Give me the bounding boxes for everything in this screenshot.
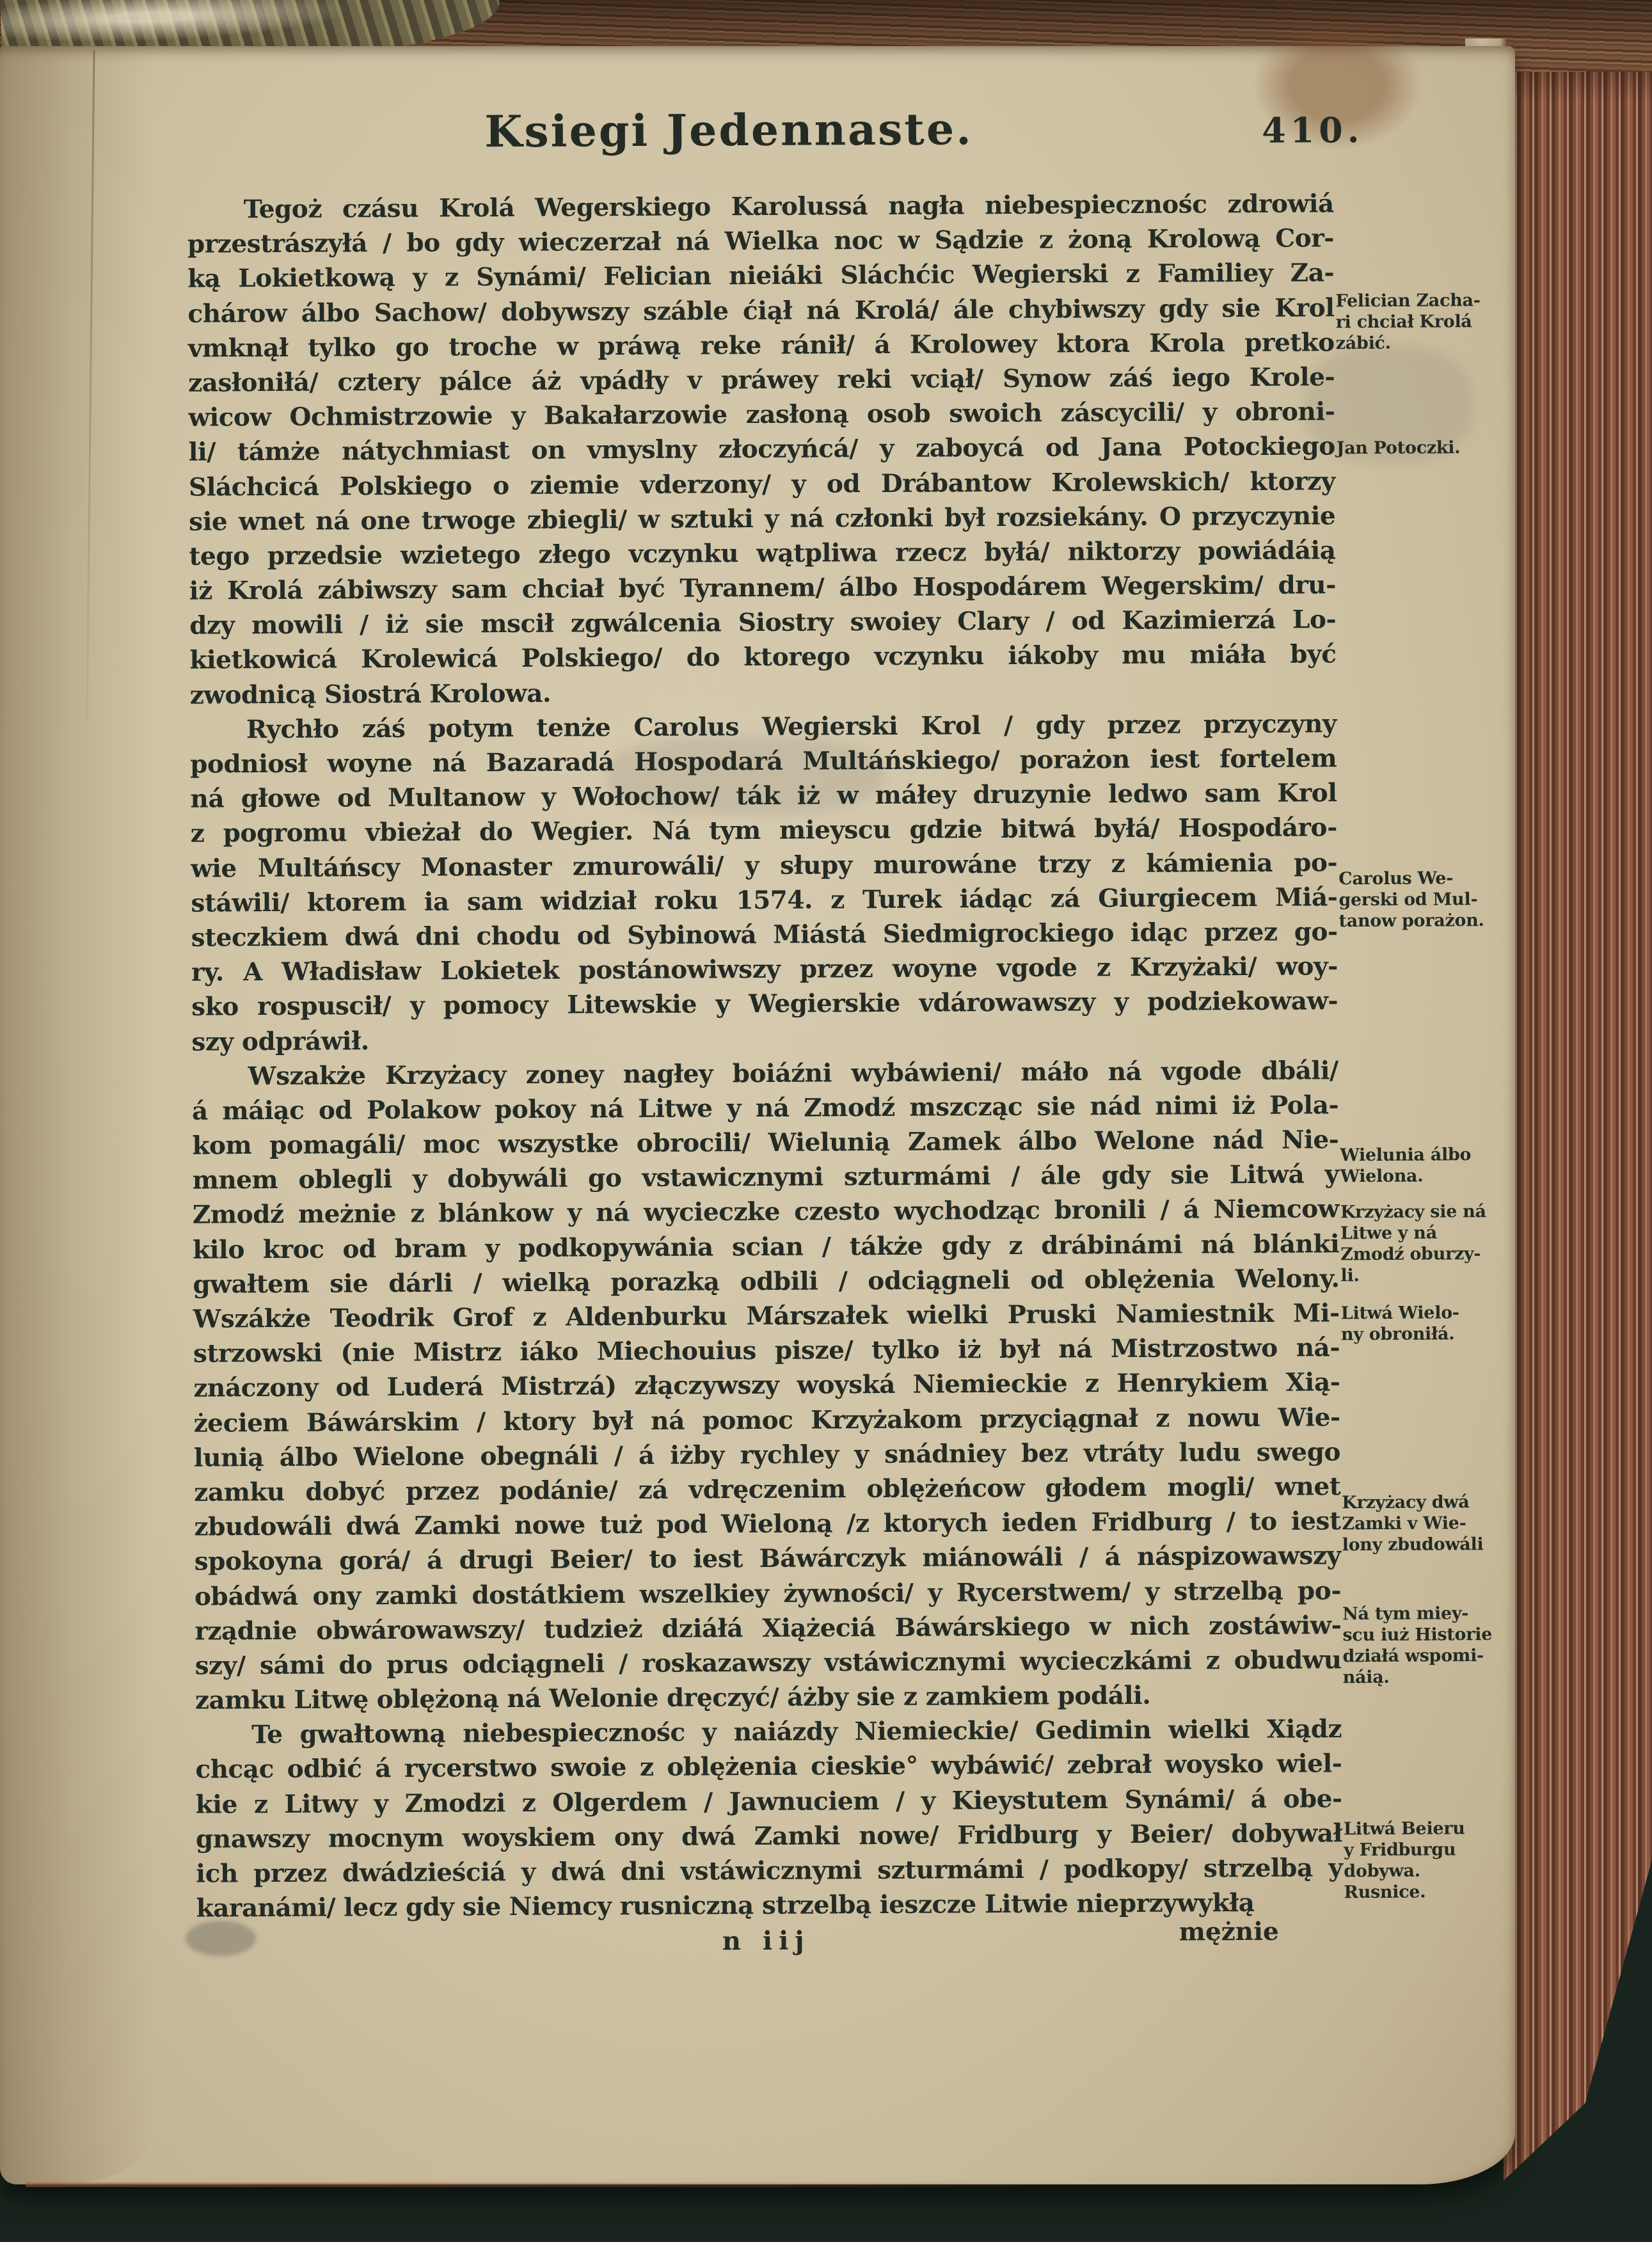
- body-line: mnem oblegli y dobywáli go vstawicznymi …: [192, 1157, 1338, 1198]
- printed-content: Ksiegi Jedennaste. 410. Tegoż czásu Krol…: [0, 42, 1522, 2188]
- body-line: zbudowáli dwá Zamki nowe tuż pod Wieloną…: [194, 1504, 1340, 1545]
- body-line: dzy mowili / iż sie mscił zgwálcenia Sio…: [189, 603, 1336, 644]
- body-line: kietkowicá Krolewicá Polskiego/ do ktore…: [189, 637, 1336, 678]
- body-line: spokoyna gorá/ á drugi Beier/ to iest Bá…: [195, 1539, 1341, 1580]
- body-line: wicow Ochmistrzowie y Bakałarzowie zasło…: [188, 394, 1335, 435]
- book-fore-edge-pages: [1504, 0, 1652, 2214]
- body-line: Wszákże Teodrik Grof z Aldenburku Mársza…: [193, 1296, 1340, 1337]
- body-line: żeciem Báwárskim / ktory był ná pomoc Kr…: [193, 1400, 1340, 1441]
- body-line: ry. A Władisław Lokietek postánowiwszy p…: [191, 949, 1338, 990]
- margin-note: Carolus We-gerski od Mul-tanow porażon.: [1338, 868, 1498, 932]
- margin-note: Litwá Wielo-ny obroniłá.: [1341, 1303, 1500, 1346]
- body-line: Te gwałtowną niebespiecznośc y naiázdy N…: [195, 1712, 1342, 1753]
- body-line: Sláchcicá Polskiego o ziemie vderzony/ y…: [189, 464, 1335, 505]
- body-line: zamku dobyć przez podánie/ zá vdręczenim…: [194, 1469, 1340, 1510]
- body-line: á máiąc od Polakow pokoy ná Litwe y ná Z…: [192, 1088, 1338, 1129]
- body-line: stáwili/ ktorem ia sam widział roku 1574…: [191, 880, 1337, 921]
- body-line: strzowski (nie Mistrz iáko Miechouius pi…: [193, 1330, 1340, 1371]
- body-line: znáczony od Luderá Mistrzá) złączywszy w…: [193, 1365, 1340, 1406]
- body-line: chcąc odbić á rycerstwo swoie z oblężeni…: [195, 1747, 1342, 1788]
- body-line: rządnie obwárowawszy/ tudzież dziáłá Xią…: [195, 1608, 1341, 1649]
- margin-note: Ná tym miey-scu iuż Historiedziałá wspom…: [1342, 1603, 1502, 1689]
- body-line: szy odpráwił.: [191, 1019, 1338, 1060]
- signature-mark: n iij: [722, 1926, 811, 1957]
- margin-note: Jan Potoczki.: [1337, 438, 1495, 459]
- margin-note: Krzyżacy dwáZamki v Wie-lony zbudowáli: [1342, 1492, 1501, 1556]
- body-line: sko rospuscił/ y pomocy Litewskie y Wegi…: [191, 984, 1338, 1025]
- body-line: gwałtem sie dárli / wielką porazką odbil…: [193, 1261, 1339, 1302]
- book-page: Ksiegi Jedennaste. 410. Tegoż czásu Krol…: [0, 46, 1515, 2184]
- body-line: ná głowe od Multanow y Wołochow/ ták iż …: [190, 775, 1337, 816]
- body-line: kilo kroc od bram y podkopywánia scian /…: [193, 1227, 1339, 1268]
- body-line: Tegoż czásu Krolá Wegerskiego Karolussá …: [187, 186, 1334, 227]
- body-line: gnawszy mocnym woyskiem ony dwá Zamki no…: [196, 1816, 1342, 1857]
- body-line: tego przedsie wzietego złego vczynku wąt…: [189, 533, 1335, 574]
- margin-note: Litwá Beieruy Fridburgudobywa.Rusnice.: [1344, 1818, 1503, 1904]
- body-line: wie Multáńscy Monaster zmurowáli/ y słup…: [191, 845, 1337, 886]
- body-line: iż Krolá zábiwszy sam chciał być Tyranne…: [189, 568, 1336, 608]
- body-line: zasłoniłá/ cztery pálce áż vpádły v práw…: [188, 360, 1335, 401]
- body-line: zamku Litwę oblężoną ná Welonie dręczyć/…: [195, 1677, 1342, 1718]
- body-line: zwodnicą Siostrá Krolowa.: [190, 672, 1337, 713]
- body-line: z pogromu vbieżał do Wegier. Ná tym miey…: [191, 811, 1337, 852]
- margin-note: Krzyżacy sie náLitwe y náZmodź oburzy-li…: [1340, 1202, 1500, 1287]
- body-line: szy/ sámi do prus odciągneli / roskazaws…: [195, 1642, 1341, 1683]
- body-line: lunią álbo Wielone obegnáli / á iżby ryc…: [194, 1435, 1340, 1475]
- body-line: ich przez dwádzieściá y dwá dni vstáwicz…: [196, 1850, 1342, 1891]
- catchword: mężnie: [1119, 1917, 1279, 1947]
- scanned-book-photo: Ksiegi Jedennaste. 410. Tegoż czásu Krol…: [0, 0, 1652, 2242]
- body-line: kie z Litwy y Zmodzi z Olgerdem / Jawnuc…: [196, 1781, 1342, 1822]
- body-line: ką Lokietkową y z Synámi/ Felician nieiá…: [187, 256, 1334, 297]
- body-line: przestrászyłá / bo gdy wieczerzał ná Wie…: [187, 221, 1334, 262]
- body-line: Rychło záś potym tenże Carolus Wegierski…: [190, 706, 1337, 747]
- body-line: vmknął tylko go troche w práwą reke ráni…: [188, 325, 1335, 366]
- body-line: obádwá ony zamki dostátkiem wszelkiey ży…: [195, 1573, 1341, 1614]
- page-number: 410.: [1262, 109, 1364, 151]
- margin-notes: Felician Zacha-ri chciał Krolázábić.Jan …: [1334, 42, 1493, 43]
- body-line: steczkiem dwá dni chodu od Sybinowá Miás…: [191, 914, 1337, 955]
- body-line: li/ támże nátychmiast on vmyslny złoczyń…: [189, 429, 1335, 470]
- body-line: Wszakże Krzyżacy zoney nagłey boiáźni wy…: [192, 1053, 1338, 1094]
- body-line: podniosł woyne ná Bazaradá Hospodará Mul…: [190, 741, 1337, 782]
- body-line: sie wnet ná one trwoge zbiegli/ w sztuki…: [189, 498, 1335, 539]
- margin-note: Felician Zacha-ri chciał Krolázábić.: [1335, 290, 1495, 354]
- body-line: Zmodź meżnie z blánkow y ná wycieczke cz…: [193, 1192, 1339, 1233]
- running-head: Ksiegi Jedennaste.: [329, 103, 1129, 159]
- body-line: kom pomagáli/ moc wszystke obrocili/ Wie…: [192, 1122, 1338, 1163]
- body-lines: Tegoż czásu Krolá Wegerskiego Karolussá …: [187, 186, 1343, 1926]
- margin-note: Wielunia álboWielona.: [1340, 1145, 1498, 1188]
- body-line: chárow álbo Sachow/ dobywszy száble ćiął…: [187, 290, 1334, 331]
